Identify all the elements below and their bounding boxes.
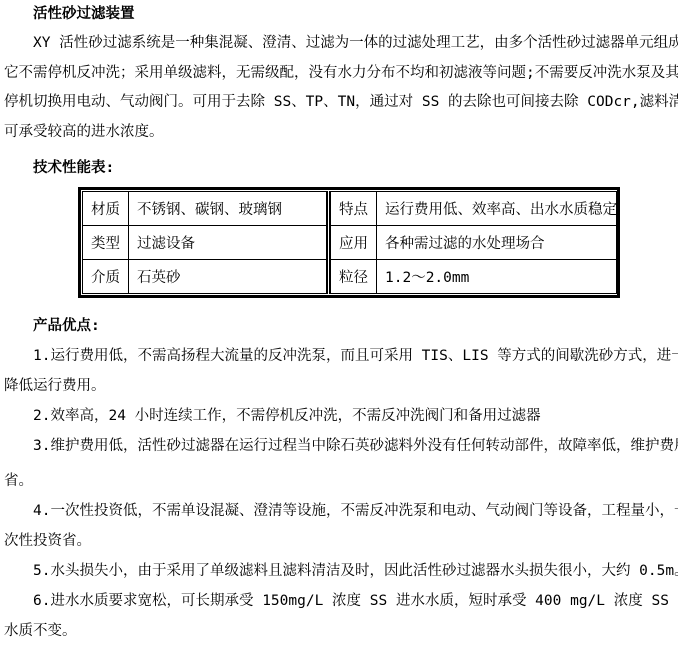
spec-label-cell: 材质 [83,192,129,226]
spec-value-cell: 1.2～2.0mm [377,260,617,294]
advantage-line: 水质不变。 [4,616,678,646]
intro-line: 它不需停机反冲洗；采用单级滤料，无需级配，没有水力分布不均和初滤液等问题;不需要… [4,59,678,89]
spec-label-cell: 介质 [83,260,129,294]
advantage-line: 次性投资省。 [4,526,678,556]
advantage-line: 1.运行费用低，不需高扬程大流量的反冲洗泵，而且可采用 TIS、LIS 等方式的… [4,341,678,371]
spec-table-row: 类型 过滤设备 应用 各种需过滤的水处理场合 [83,226,617,260]
advantages-list: 1.运行费用低，不需高扬程大流量的反冲洗泵，而且可采用 TIS、LIS 等方式的… [4,341,678,646]
spec-value-cell: 各种需过滤的水处理场合 [377,226,617,260]
spec-section-heading: 技术性能表: [4,154,678,183]
spec-label-cell: 应用 [329,226,377,260]
advantage-line: 5.水头损失小，由于采用了单级滤料且滤料清洁及时，因此活性砂过滤器水头损失很小，… [4,556,678,586]
advantages-heading: 产品优点: [4,312,678,341]
advantage-line: 2.效率高，24 小时连续工作，不需停机反冲洗，不需反冲洗阀门和备用过滤器 [4,401,678,431]
doc-title: 活性砂过滤装置 [4,0,678,29]
advantage-line: 降低运行费用。 [4,371,678,401]
spec-value-cell: 石英砂 [129,260,329,294]
intro-line: 可承受较高的进水浓度。 [4,118,678,148]
spec-table-wrapper: 材质 不锈钢、碳钢、玻璃钢 特点 运行费用低、效率高、出水水质稳定 类型 过滤设… [78,187,620,298]
advantage-line: 3.维护费用低，活性砂过滤器在运行过程当中除石英砂滤料外没有任何转动部件，故障率… [4,431,678,461]
spec-label-cell: 粒径 [329,260,377,294]
advantage-line: 6.进水水质要求宽松，可长期承受 150mg/L 浓度 SS 进水水质，短时承受… [4,586,678,616]
spec-table-row: 材质 不锈钢、碳钢、玻璃钢 特点 运行费用低、效率高、出水水质稳定 [83,192,617,226]
spec-value-cell: 过滤设备 [129,226,329,260]
advantage-line: 省。 [4,466,678,496]
document-page: 活性砂过滤装置 XY 活性砂过滤系统是一种集混凝、澄清、过滤为一体的过滤处理工艺… [0,0,682,647]
spec-value-cell: 运行费用低、效率高、出水水质稳定 [377,192,617,226]
spec-label-cell: 特点 [329,192,377,226]
advantage-line: 4.一次性投资低，不需单设混凝、澄清等设施，不需反冲洗泵和电动、气动阀门等设备，… [4,496,678,526]
spec-value-cell: 不锈钢、碳钢、玻璃钢 [129,192,329,226]
spec-label-cell: 类型 [83,226,129,260]
spec-table-row: 介质 石英砂 粒径 1.2～2.0mm [83,260,617,294]
intro-line: 停机切换用电动、气动阀门。可用于去除 SS、TP、TN，通过对 SS 的去除也可… [4,88,678,118]
spec-table: 材质 不锈钢、碳钢、玻璃钢 特点 运行费用低、效率高、出水水质稳定 类型 过滤设… [82,191,617,294]
intro-line: XY 活性砂过滤系统是一种集混凝、澄清、过滤为一体的过滤处理工艺，由多个活性砂过… [4,29,678,59]
intro-paragraph: XY 活性砂过滤系统是一种集混凝、澄清、过滤为一体的过滤处理工艺，由多个活性砂过… [4,29,678,147]
